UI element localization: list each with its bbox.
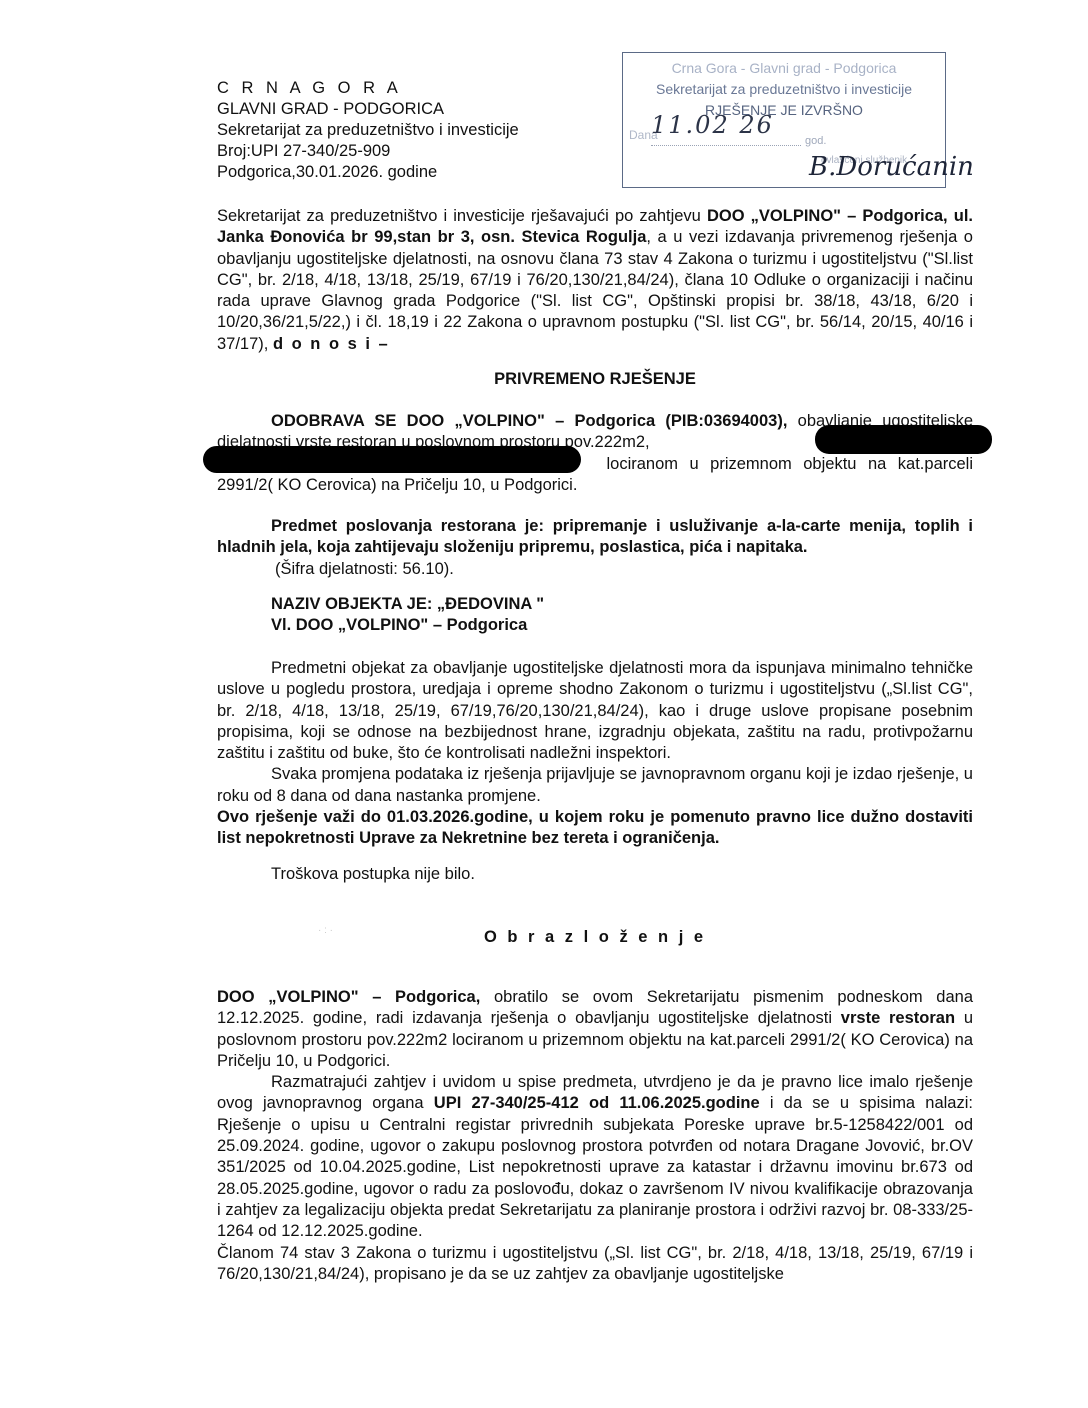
business-subject-text: Predmet poslovanja restorana je: priprem… [217, 516, 973, 559]
conditions-section: Predmetni objekat za obavljanje ugostite… [217, 658, 973, 885]
intro-paragraph: Sekretarijat za preduzetništvo i investi… [217, 206, 973, 355]
object-name-line-2: Vl. DOO „VOLPINO" – Podgorica [271, 615, 973, 636]
business-subject: Predmet poslovanja restorana je: priprem… [217, 516, 973, 580]
place-date: Podgorica,30.01.2026. godine [217, 162, 519, 183]
stamp-handwritten-date: 11.02 26 [651, 115, 774, 136]
document-header: C R N A G O R A GLAVNI GRAD - PODGORICA … [217, 78, 519, 183]
stamp-line-1: Crna Gora - Glavni grad - Podgorica [623, 58, 945, 79]
official-stamp: Crna Gora - Glavni grad - Podgorica Sekr… [622, 52, 946, 188]
reasoning-paragraph-1: DOO „VOLPINO" – Podgorica, obratilo se o… [217, 987, 973, 1072]
reasoning-paragraph-3: Članom 74 stav 3 Zakona o turizmu i ugos… [217, 1243, 973, 1286]
prior-decision-ref: UPI 27-340/25-412 od 11.06.2025.godine [434, 1094, 760, 1112]
signature: B.Dorućanin [809, 157, 974, 178]
activity-code: (Šifra djelatnosti: 56.10). [217, 559, 973, 580]
redaction-bar-2 [203, 446, 581, 473]
decision-title: PRIVREMENO RJEŠENJE [217, 370, 973, 389]
department-name: Sekretarijat za preduzetništvo i investi… [217, 120, 519, 141]
stamp-year-suffix: god. [805, 131, 826, 152]
country-name: C R N A G O R A [217, 78, 519, 99]
city-name: GLAVNI GRAD - PODGORICA [217, 99, 519, 120]
reasoning-activity-type: vrste restoran [841, 1009, 955, 1027]
reasoning-title: O b r a z l o ž e n j e [217, 928, 973, 947]
stamp-date-line [651, 145, 801, 146]
validity-paragraph: Ovo rješenje važi do 01.03.2026.godine, … [217, 807, 973, 850]
reasoning-section: DOO „VOLPINO" – Podgorica, obratilo se o… [217, 987, 973, 1285]
stamp-line-2: Sekretarijat za preduzetništvo i investi… [623, 79, 945, 100]
redaction-bar-1 [815, 425, 992, 454]
reasoning-paragraph-2: Razmatrajući zahtjev i uvidom u spise pr… [217, 1072, 973, 1242]
reasoning-applicant: DOO „VOLPINO" – Podgorica, [217, 988, 480, 1006]
conditions-paragraph: Predmetni objekat za obavljanje ugostite… [217, 658, 973, 764]
case-number: Broj:UPI 27-340/25-909 [217, 141, 519, 162]
donosi-label: d o n o s i – [273, 335, 390, 353]
intro-text-1: Sekretarijat za preduzetništvo i investi… [217, 207, 707, 225]
changes-paragraph: Svaka promjena podataka iz rješenja prij… [217, 764, 973, 807]
reasoning-p2-text-2: i da se u spisima nalazi: Rješenje o upi… [217, 1094, 973, 1240]
costs-paragraph: Troškova postupka nije bilo. [217, 864, 973, 885]
object-name: NAZIV OBJEKTA JE: „ĐEDOVINA " Vl. DOO „V… [217, 594, 973, 637]
approval-bold: ODOBRAVA SE DOO „VOLPINO" – Podgorica (P… [271, 412, 787, 430]
object-name-line-1: NAZIV OBJEKTA JE: „ĐEDOVINA " [271, 594, 973, 615]
